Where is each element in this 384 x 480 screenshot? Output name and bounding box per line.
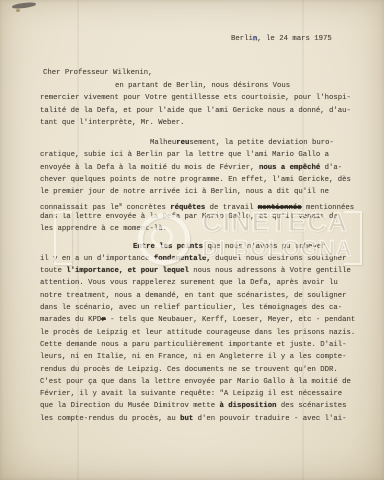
letter-line: marades du KPDr - tels que Neubauer, Ker…: [40, 314, 364, 326]
text-segment: but: [180, 415, 193, 423]
salutation: Cher Professeur Wilkenin,: [43, 67, 152, 79]
letter-line: en partant de Berlin, nous désirons Vous: [40, 80, 364, 92]
text-segment: que nous n'avons pu achever: [203, 243, 326, 251]
letter-line: le premier jour de notre arrivée ici à B…: [40, 186, 364, 198]
text-segment: duquel nous desirons souligner: [211, 255, 347, 263]
letter-body: en partant de Berlin, nous désirons Vous…: [40, 80, 364, 425]
text-segment: il y en a un d'importance: [40, 255, 154, 263]
date-line: Berlin, le 24 mars 1975: [231, 33, 332, 45]
letter-line: Entre les points que nous n'avons pu ach…: [40, 241, 364, 253]
text-segment: Entre les points: [133, 243, 203, 251]
letter-line: remercier vivement pour Votre gentilless…: [40, 92, 364, 104]
text-segment: les compte-rendus du procès, au: [40, 415, 180, 423]
text-segment: Malheu: [150, 139, 176, 147]
letter-line: rendus du procès de Leipzig. Ces documen…: [40, 364, 364, 376]
letter-line: cratique, subie ici à Berlin par la lett…: [40, 149, 364, 161]
text-segment: - tels que Neubauer, Kerff, Loeser, Meye…: [106, 316, 356, 324]
letter-line: envoyée à la Defa à la moitié du mois de…: [40, 162, 364, 174]
ink-smudge-mark: [12, 2, 36, 10]
text-segment: d'en pouvoir traduire - avec l'ai-: [193, 415, 346, 423]
letter-paragraph: Entre les points que nous n'avons pu ach…: [40, 241, 364, 425]
text-segment: nous a empêché: [259, 164, 320, 172]
text-segment: , le 24 mars 1975: [257, 35, 331, 43]
letter-line: toute l'importance, et pour lequel nous …: [40, 265, 364, 277]
text-segment: l'importance, et pour lequel: [66, 267, 189, 275]
letter-line: connaissait pas les concrètes réquêtes d…: [40, 199, 364, 211]
letter-line: dans le scénario, avec un relief particu…: [40, 302, 364, 314]
letter-paragraph: en partant de Berlin, nous désirons Vous…: [40, 80, 364, 129]
text-segment: à disposition: [220, 402, 277, 410]
letter-paragraph: Malheureusement, la petite deviation bur…: [40, 137, 364, 235]
letter-line: chever quelques points de notre programm…: [40, 174, 364, 186]
text-segment: fondamentale,: [154, 255, 211, 263]
text-segment: reu: [176, 139, 189, 147]
letter-line: que la Direction du Musée Dimitrov mette…: [40, 400, 364, 412]
letter-line: Malheureusement, la petite deviation bur…: [40, 137, 364, 149]
text-segment: Berli: [231, 35, 253, 43]
text-segment: que la Direction du Musée Dimitrov mette: [40, 402, 220, 410]
text-segment: nous nous adressons à Votre gentille: [189, 267, 351, 275]
letter-line: attention. Vous vous rappelerez surement…: [40, 277, 364, 289]
letter-line: Cette demande nous a paru particulièreme…: [40, 339, 364, 351]
letter-line: tant que l'interprète, Mr. Weber.: [40, 117, 364, 129]
letter-line: leurs, ni en Italie, ni en France, ni en…: [40, 351, 364, 363]
letter-line: le procès de Leipzig et leur attitude co…: [40, 327, 364, 339]
letter-line: les apprendre à ce moment-là.: [40, 223, 364, 235]
text-segment: envoyée à la Defa à la moitié du mois de…: [40, 164, 259, 172]
letter-line: les compte-rendus du procès, au but d'en…: [40, 413, 364, 425]
paper-speck: [16, 9, 20, 12]
text-segment: marades du KPD: [40, 316, 101, 324]
letter-line: il y en a un d'importance fondamentale, …: [40, 253, 364, 265]
letter-line: C'est pour ça que dans la lettre envoyée…: [40, 376, 364, 388]
text-segment: des scénaristes: [276, 402, 346, 410]
letter-line: talité de la Defa, et pour l'aide que l'…: [40, 105, 364, 117]
letter-line: Février, il y avait la suivante requête:…: [40, 388, 364, 400]
letter-scan-page: Berlin, le 24 mars 1975 Cher Professeur …: [0, 0, 384, 480]
letter-line: dans la lettre envoyée à la Defa par Mar…: [40, 211, 364, 223]
letter-line: notre treatment, nous a demandé, en tant…: [40, 290, 364, 302]
text-segment: d'a-: [320, 164, 342, 172]
text-segment: sement, la petite deviation buro-: [189, 139, 334, 147]
text-segment: toute: [40, 267, 66, 275]
